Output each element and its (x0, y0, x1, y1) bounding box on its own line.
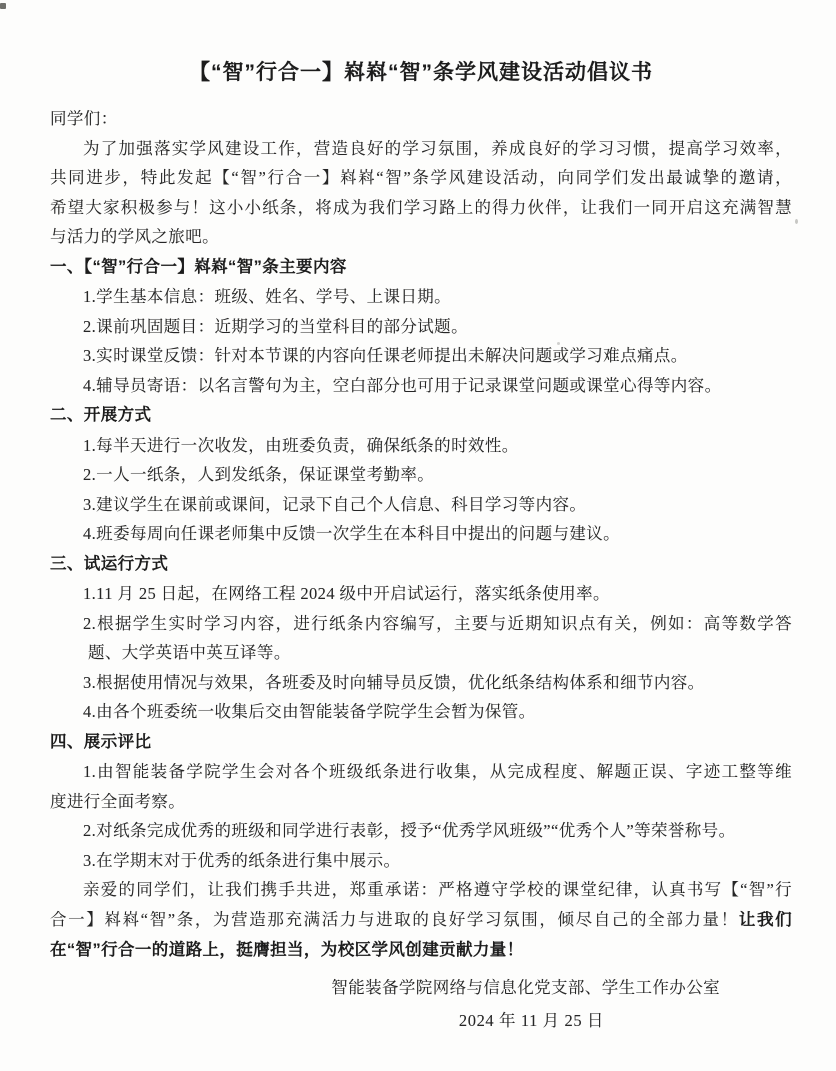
document-page: 【“智”行合一】嵙嵙“智”条学风建设活动倡议书 同学们： 为了加强落实学风建设工… (0, 0, 836, 1071)
intro-line: 与活力的学风之旅吧。 (50, 222, 792, 252)
section-item-line: 3.建议学生在课前或课间，记录下自己个人信息、科目学习等内容。 (50, 490, 792, 520)
document-title: 【“智”行合一】嵙嵙“智”条学风建设活动倡议书 (50, 56, 792, 90)
section-item-line: 1.由智能装备学院学生会对各个班级纸条进行收集，从完成程度、解题正误、字迹工整等… (50, 757, 792, 787)
section-2: 二、开展方式1.每半天进行一次收发，由班委负责，确保纸条的时效性。2.一人一纸条… (50, 401, 792, 549)
closing-line: 亲爱的同学们，让我们携手共进，郑重承诺：严格遵守学校的课堂纪律，认真书写【“智”… (50, 875, 792, 905)
closing-paragraph: 亲爱的同学们，让我们携手共进，郑重承诺：严格遵守学校的课堂纪律，认真书写【“智”… (50, 875, 792, 966)
section-heading: 一、【“智”行合一】嵙嵙“智”条主要内容 (50, 253, 792, 283)
signoff-block: 智能装备学院网络与信息化党支部、学生工作办公室 2024 年 11 月 25 日 (50, 971, 792, 1037)
section-heading: 二、开展方式 (50, 401, 792, 431)
closing-line: 在“智”行合一的道路上，挺膺担当，为校区学风创建贡献力量！ (50, 935, 792, 966)
section-item-line: 1.学生基本信息：班级、姓名、学号、上课日期。 (50, 282, 792, 312)
section-item-line: 3.根据使用情况与效果，各班委及时向辅导员反馈，优化纸条结构体系和细节内容。 (50, 668, 792, 698)
closing-emphasis-text: 让我们 (739, 911, 792, 929)
section-item-line: 3.实时课堂反馈：针对本节课的内容向任课老师提出未解决问题或学习难点痛点。 (50, 341, 792, 371)
section-item-line: 度进行全面考察。 (50, 787, 792, 817)
intro-line: 共同进步，特此发起【“智”行合一】嵙嵙“智”条学风建设活动，向同学们发出最诚挚的… (50, 163, 792, 193)
scan-artifact (0, 3, 6, 9)
section-item-line: 4.由各个班委统一收集后交由智能装备学院学生会暂为保管。 (50, 697, 792, 727)
section-item-line: 2.课前巩固题目：近期学习的当堂科目的部分试题。 (50, 312, 792, 342)
section-3: 三、试运行方式1.11 月 25 日起，在网络工程 2024 级中开启试运行，落… (50, 550, 792, 727)
section-item-line: 4.班委每周向任课老师集中反馈一次学生在本科目中提出的问题与建议。 (50, 519, 792, 549)
section-item-line: 2.对纸条完成优秀的班级和同学进行表彰，授予“优秀学风班级”“优秀个人”等荣誉称… (50, 816, 792, 846)
closing-emphasis-text: 在“智”行合一的道路上，挺膺担当，为校区学风创建贡献力量！ (50, 941, 524, 959)
intro-paragraph: 为了加强落实学风建设工作，营造良好的学习氛围，养成良好的学习习惯，提高学习效率，… (50, 134, 792, 252)
section-item-line: 2.一人一纸条，人到发纸条，保证课堂考勤率。 (50, 460, 792, 490)
section-heading: 四、展示评比 (50, 728, 792, 758)
section-item-line: 4.辅导员寄语：以名言警句为主，空白部分也可用于记录课堂问题或课堂心得等内容。 (50, 371, 792, 401)
intro-line: 为了加强落实学风建设工作，营造良好的学习氛围，养成良好的学习习惯，提高学习效率， (50, 134, 792, 164)
intro-line: 希望大家积极参与！这小小纸条，将成为我们学习路上的得力伙伴，让我们一同开启这充满… (50, 193, 792, 223)
section-item-line: 1.每半天进行一次收发，由班委负责，确保纸条的时效性。 (50, 431, 792, 461)
closing-text: 亲爱的同学们，让我们携手共进，郑重承诺：严格遵守学校的课堂纪律，认真书写【“智”… (83, 880, 792, 899)
document-content: 【“智”行合一】嵙嵙“智”条学风建设活动倡议书 同学们： 为了加强落实学风建设工… (0, 0, 836, 1037)
salutation: 同学们： (50, 104, 792, 134)
section-item-line: 2.根据学生实时学习内容，进行纸条内容编写，主要与近期知识点有关，例如：高等数学… (50, 609, 792, 639)
signature-line: 智能装备学院网络与信息化党支部、学生工作办公室 (50, 971, 792, 1004)
section-item-line: 3.在学期末对于优秀的纸条进行集中展示。 (50, 846, 792, 876)
date-line: 2024 年 11 月 25 日 (50, 1004, 792, 1037)
section-heading: 三、试运行方式 (50, 550, 792, 580)
scan-artifact (795, 219, 798, 224)
section-item-line: 1.11 月 25 日起，在网络工程 2024 级中开启试运行，落实纸条使用率。 (50, 579, 792, 609)
closing-text: 合一】嵙嵙“智”条，为营造那充满活力与进取的良好学习氛围，倾尽自己的全部力量！ (50, 910, 739, 929)
section-1: 一、【“智”行合一】嵙嵙“智”条主要内容1.学生基本信息：班级、姓名、学号、上课… (50, 253, 792, 401)
document-sections: 一、【“智”行合一】嵙嵙“智”条主要内容1.学生基本信息：班级、姓名、学号、上课… (50, 253, 792, 876)
section-item-line: 题、大学英语中英互译等。 (50, 638, 792, 668)
closing-line: 合一】嵙嵙“智”条，为营造那充满活力与进取的良好学习氛围，倾尽自己的全部力量！让… (50, 905, 792, 936)
scan-artifact (557, 342, 560, 345)
section-4: 四、展示评比1.由智能装备学院学生会对各个班级纸条进行收集，从完成程度、解题正误… (50, 728, 792, 876)
